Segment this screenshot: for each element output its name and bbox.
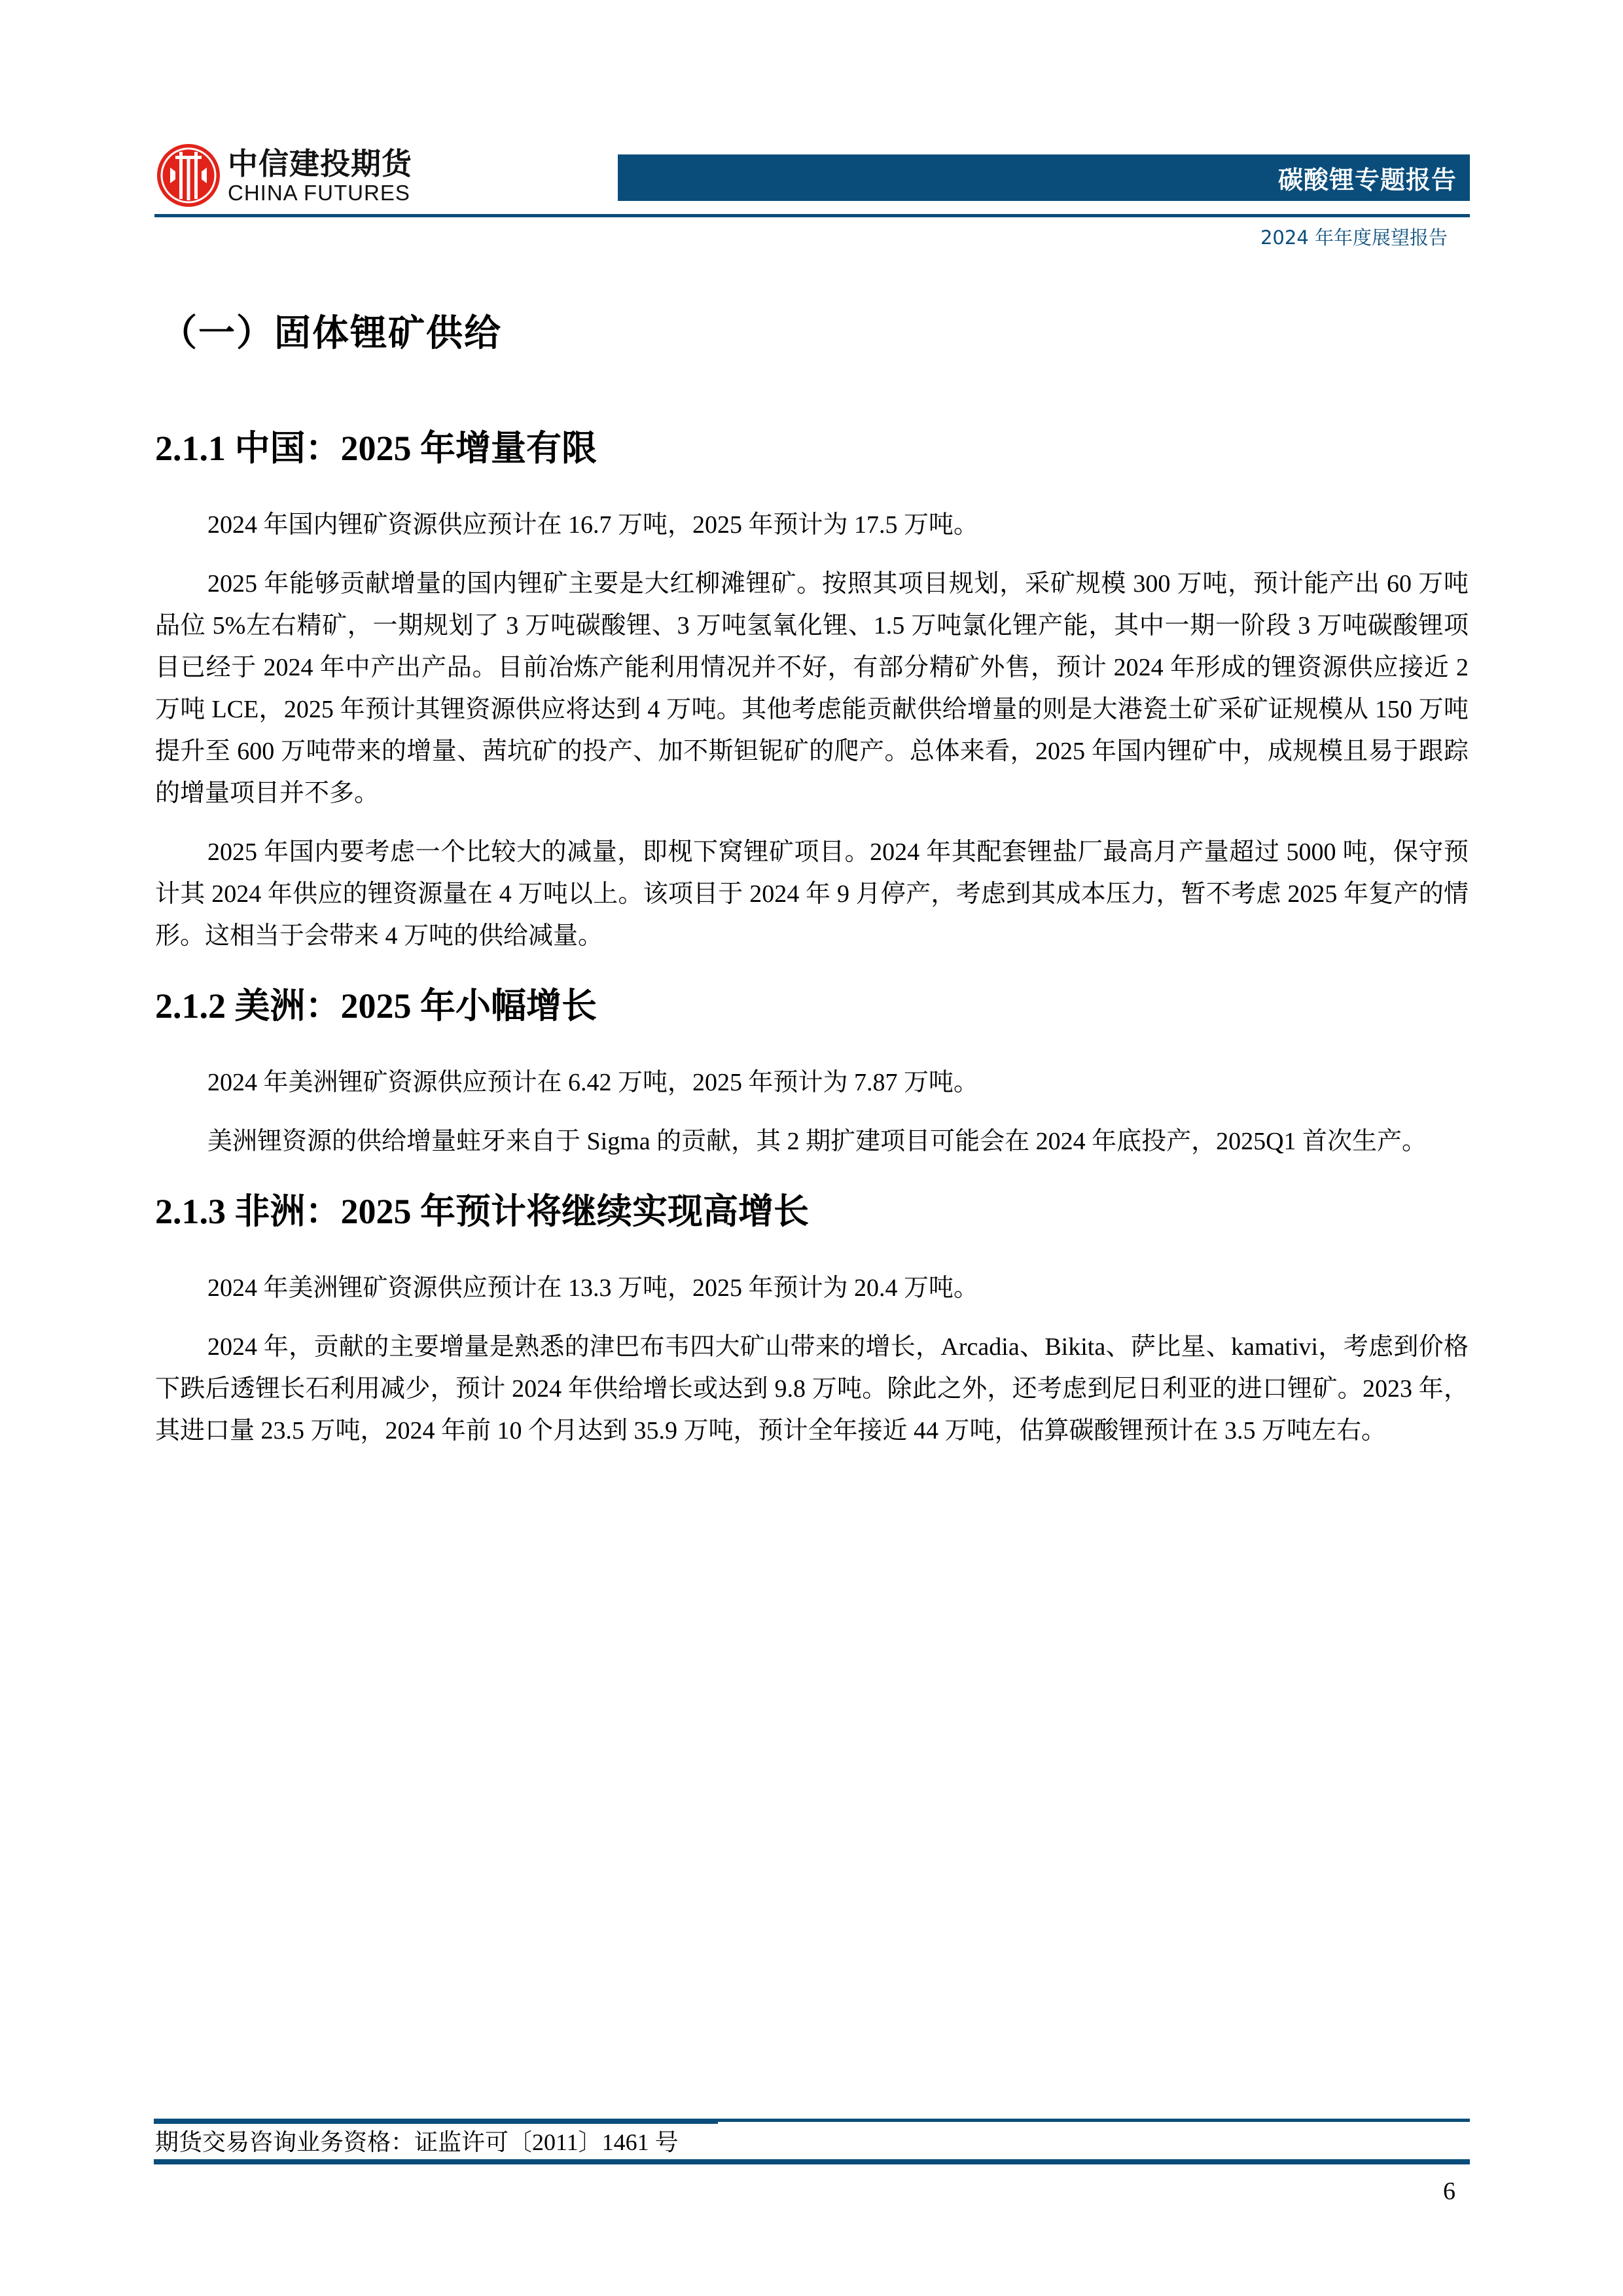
citic-emblem-icon — [156, 143, 221, 208]
footer-divider-bottom — [154, 2159, 1470, 2164]
section-title: 2.1.2 美洲：2025 年小幅增长 — [155, 983, 1469, 1029]
company-logo: 中信建投期货 CHINA FUTURES — [156, 143, 412, 208]
section-china: 2.1.1 中国：2025 年增量有限 2024 年国内锂矿资源供应预计在 16… — [155, 425, 1469, 957]
report-subtitle: 2024 年年度展望报告 — [1260, 224, 1448, 251]
document-body: （一）固体锂矿供给 2.1.1 中国：2025 年增量有限 2024 年国内锂矿… — [155, 308, 1469, 1452]
header-divider — [154, 214, 1470, 217]
footer-divider-top-accent — [154, 2119, 718, 2124]
chapter-title: （一）固体锂矿供给 — [160, 308, 1469, 360]
paragraph: 美洲锂资源的供给增量蛀牙来自于 Sigma 的贡献，其 2 期扩建项目可能会在 … — [155, 1121, 1469, 1162]
section-title: 2.1.1 中国：2025 年增量有限 — [155, 425, 1469, 471]
paragraph: 2024 年，贡献的主要增量是熟悉的津巴布韦四大矿山带来的增长，Arcadia、… — [155, 1326, 1469, 1452]
paragraph: 2024 年美洲锂矿资源供应预计在 6.42 万吨，2025 年预计为 7.87… — [155, 1062, 1469, 1103]
paragraph: 2024 年国内锂矿资源供应预计在 16.7 万吨，2025 年预计为 17.5… — [155, 504, 1469, 546]
paragraph: 2024 年美洲锂矿资源供应预计在 13.3 万吨，2025 年预计为 20.4… — [155, 1267, 1469, 1309]
logo-name-en: CHINA FUTURES — [228, 181, 412, 205]
footer-license-text: 期货交易咨询业务资格：证监许可〔2011〕1461 号 — [155, 2128, 679, 2157]
report-type-title: 碳酸锂专题报告 — [1278, 160, 1457, 196]
section-title: 2.1.3 非洲：2025 年预计将继续实现高增长 — [155, 1189, 1469, 1234]
section-africa: 2.1.3 非洲：2025 年预计将继续实现高增长 2024 年美洲锂矿资源供应… — [155, 1189, 1469, 1452]
section-americas: 2.1.2 美洲：2025 年小幅增长 2024 年美洲锂矿资源供应预计在 6.… — [155, 983, 1469, 1162]
paragraph: 2025 年能够贡献增量的国内锂矿主要是大红柳滩锂矿。按照其项目规划，采矿规模 … — [155, 563, 1469, 814]
logo-name-cn: 中信建投期货 — [228, 146, 412, 181]
page-number: 6 — [1443, 2177, 1455, 2206]
report-type-banner: 碳酸锂专题报告 — [618, 154, 1470, 201]
paragraph: 2025 年国内要考虑一个比较大的减量，即枧下窝锂矿项目。2024 年其配套锂盐… — [155, 831, 1469, 957]
